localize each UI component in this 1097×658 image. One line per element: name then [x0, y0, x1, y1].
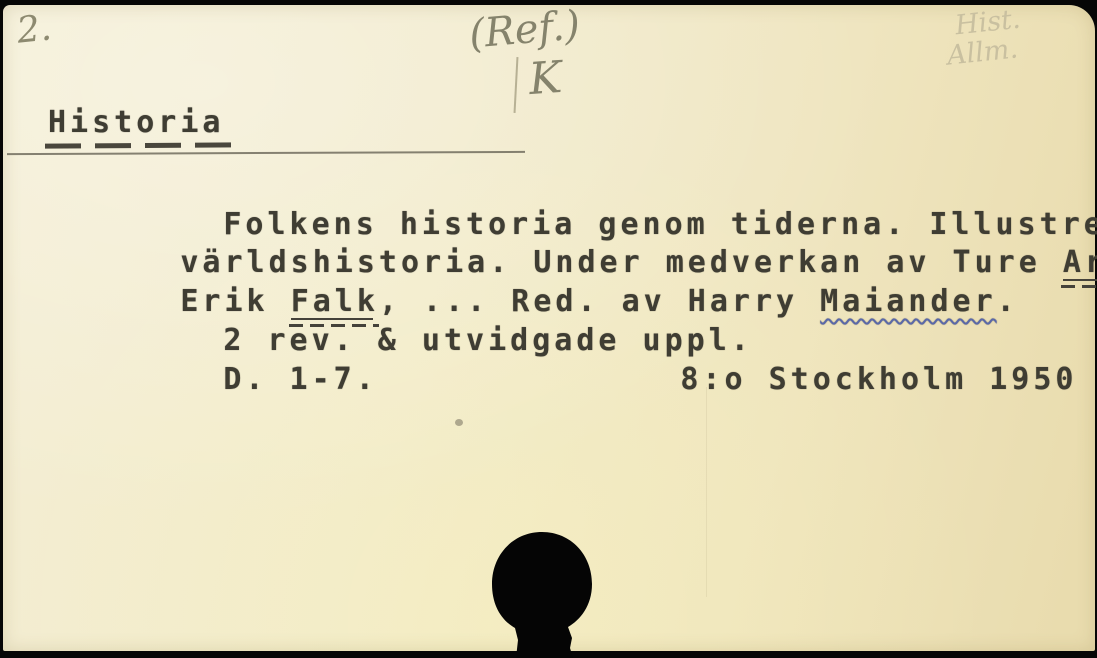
subject-heading: Historia	[48, 108, 225, 138]
volume-statement: D. 1-7.	[91, 335, 378, 425]
classification-letter: K	[527, 52, 563, 105]
pencil-sequence-number: 2.	[15, 7, 53, 51]
hole-punch	[486, 528, 598, 658]
heading-rule-line	[7, 151, 525, 155]
imprint-text: 8:o Stockholm 1950 -1951.	[680, 362, 1097, 397]
scanned-catalog-card-image: 2. (Ref.) K Hist. Allm. Historia Folkens…	[0, 0, 1097, 658]
author-name-arne: Arne	[1063, 245, 1097, 280]
corner-annotation-line2: Allm.	[946, 33, 1020, 71]
pencil-stroke-mark	[514, 57, 519, 113]
card-crease	[706, 387, 707, 597]
ink-smudge	[455, 419, 463, 426]
imprint-statement: 8:o Stockholm 1950 -1951.	[548, 335, 1097, 425]
body-line-3-end: .	[997, 284, 1019, 319]
volume-text: D. 1-7.	[223, 362, 377, 397]
editor-name-maiander: Maiander	[820, 284, 997, 319]
heading-dash-underline	[45, 142, 237, 148]
ref-annotation: (Ref.)	[467, 2, 582, 58]
